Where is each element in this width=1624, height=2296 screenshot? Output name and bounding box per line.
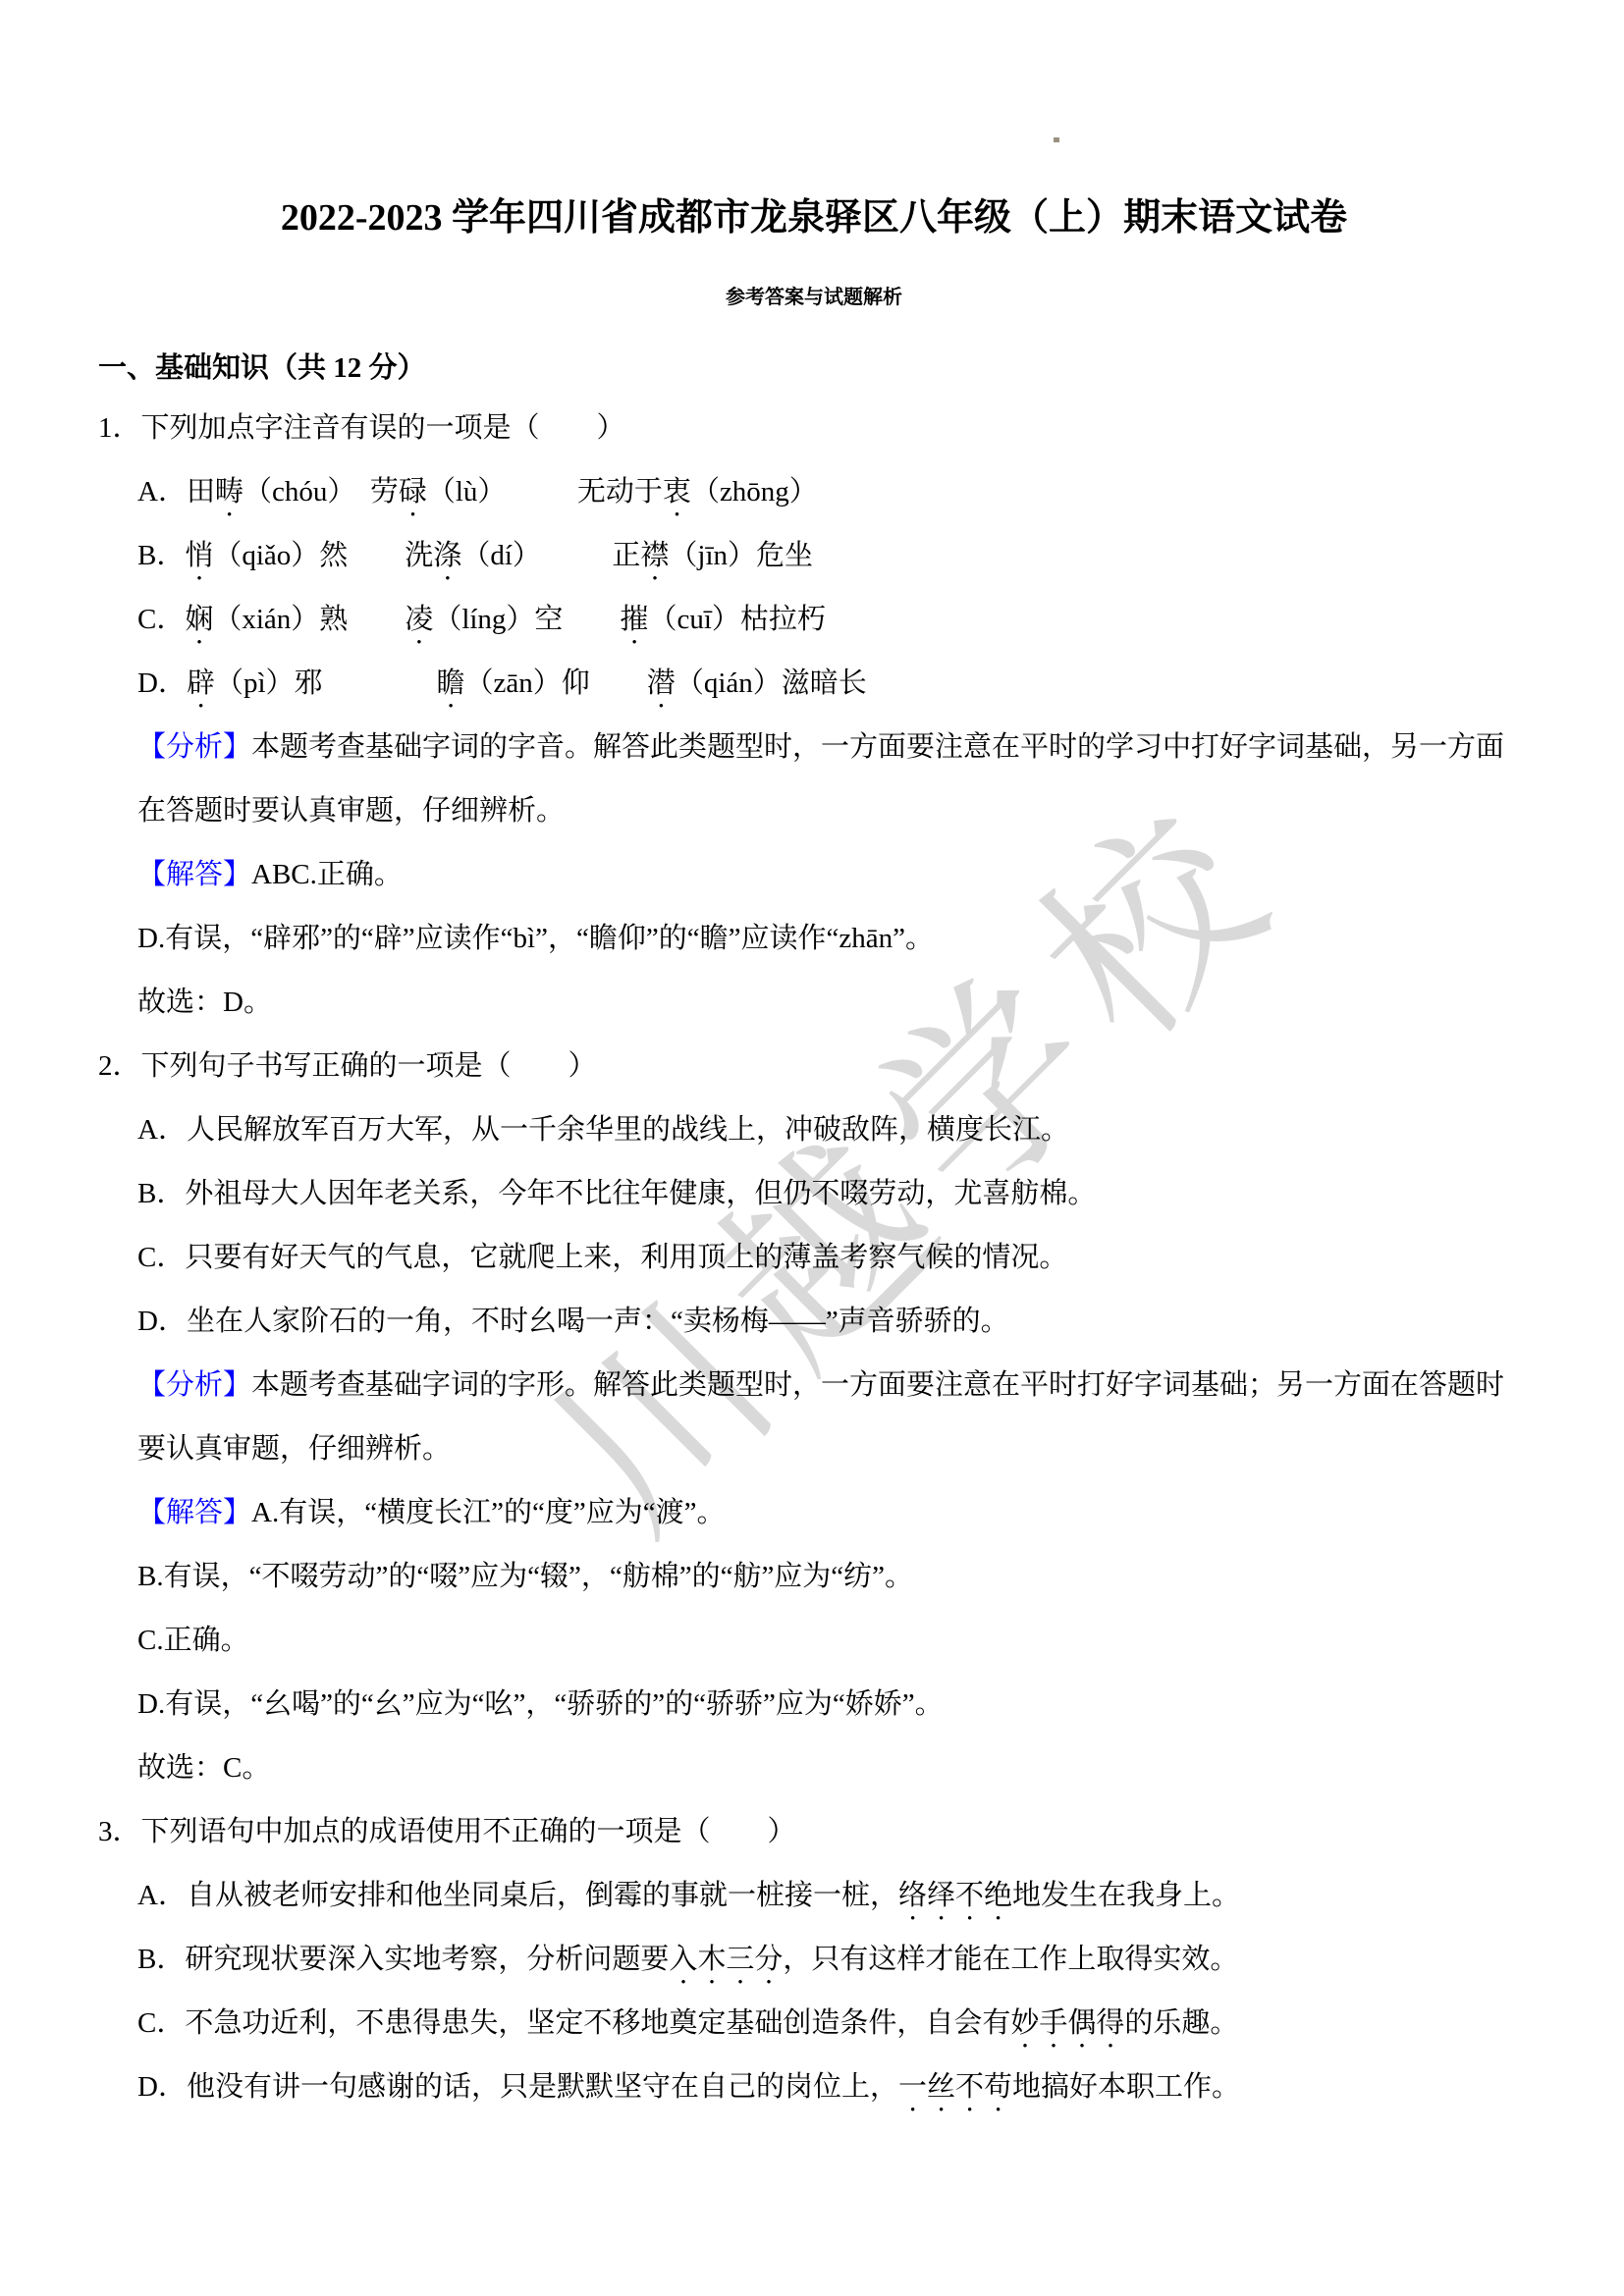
question-1: 1．下列加点字注音有误的一项是（ ） A．田畴（chóu） 劳碌（lù） 无动于…: [98, 397, 1530, 1035]
question-3-stem: 3．下列语句中加点的成语使用不正确的一项是（ ）: [98, 1800, 1530, 1864]
answer-label: 【解答】: [137, 1497, 251, 1528]
analysis-text: 本题考查基础字词的字音。解答此类题型时，一方面要注意在平时的学习中打好字词基础，…: [137, 731, 1504, 827]
question-2-answer-line: D.有误，“幺喝”的“幺”应为“吆”，“骄骄的”的“骄骄”应为“娇娇”。: [137, 1673, 1530, 1736]
analysis-text: 本题考查基础字词的字形。解答此类题型时，一方面要注意在平时打好字词基础；另一方面…: [137, 1369, 1504, 1465]
question-2: 2．下列句子书写正确的一项是（ ） A．人民解放军百万大军，从一千余华里的战线上…: [98, 1035, 1530, 1800]
question-3-option-a: A．自从被老师安排和他坐同桌后，倒霉的事就一桩接一桩，络绎不绝地发生在我身上。: [137, 1864, 1530, 1928]
question-2-option-d: D．坐在人家阶石的一角，不时幺喝一声：“卖杨梅——”声音骄骄的。: [137, 1290, 1530, 1354]
page-subtitle: 参考答案与试题解析: [98, 285, 1530, 310]
page-content: 2022-2023 学年四川省成都市龙泉驿区八年级（上）期末语文试卷 参考答案与…: [0, 0, 1624, 2119]
answer-line: A.有误，“横度长江”的“度”应为“渡”。: [251, 1497, 725, 1528]
question-2-option-a: A．人民解放军百万大军，从一千余华里的战线上，冲破敌阵，横度长江。: [137, 1098, 1530, 1162]
question-2-analysis: 【分析】本题考查基础字词的字形。解答此类题型时，一方面要注意在平时打好字词基础；…: [137, 1354, 1530, 1481]
question-2-answer-line: C.正确。: [137, 1609, 1530, 1673]
question-1-answer: 【解答】ABC.正确。: [137, 843, 1530, 907]
question-2-answer-conclusion: 故选：C。: [137, 1736, 1530, 1800]
question-2-option-b: B．外祖母大人因年老关系，今年不比往年健康，但仍不啜劳动，尤喜舫棉。: [137, 1162, 1530, 1226]
question-1-stem: 1．下列加点字注音有误的一项是（ ）: [98, 397, 1530, 460]
question-1-option-a: A．田畴（chóu） 劳碌（lù） 无动于衷（zhōng）: [137, 460, 1530, 524]
question-1-analysis: 【分析】本题考查基础字词的字音。解答此类题型时，一方面要注意在平时的学习中打好字…: [137, 716, 1530, 843]
page-title: 2022-2023 学年四川省成都市龙泉驿区八年级（上）期末语文试卷: [98, 192, 1530, 243]
question-1-option-d: D．辟（pì）邪 瞻（zān）仰 潜（qián）滋暗长: [137, 652, 1530, 716]
question-3-option-c: C．不急功近利，不患得患失，坚定不移地奠定基础创造条件，自会有妙手偶得的乐趣。: [137, 1992, 1530, 2056]
question-1-answer-conclusion: 故选：D。: [137, 971, 1530, 1035]
question-3: 3．下列语句中加点的成语使用不正确的一项是（ ） A．自从被老师安排和他坐同桌后…: [98, 1800, 1530, 2119]
question-3-option-b: B．研究现状要深入实地考察，分析问题要入木三分，只有这样才能在工作上取得实效。: [137, 1928, 1530, 1992]
analysis-label: 【分析】: [137, 1369, 251, 1401]
question-1-option-b: B．悄（qiǎo）然 洗涤（dí） 正襟（jīn）危坐: [137, 524, 1530, 588]
question-1-option-c: C．娴（xián）熟 凌（líng）空 摧（cuī）枯拉朽: [137, 588, 1530, 652]
question-3-option-d: D．他没有讲一句感谢的话，只是默默坚守在自己的岗位上，一丝不苟地搞好本职工作。: [137, 2056, 1530, 2119]
question-2-answer-line: B.有误，“不啜劳动”的“啜”应为“辍”，“舫棉”的“舫”应为“纺”。: [137, 1545, 1530, 1609]
question-2-stem: 2．下列句子书写正确的一项是（ ）: [98, 1035, 1530, 1098]
question-2-option-c: C．只要有好天气的气息，它就爬上来，利用顶上的薄盖考察气候的情况。: [137, 1226, 1530, 1290]
questions-area: 1．下列加点字注音有误的一项是（ ） A．田畴（chóu） 劳碌（lù） 无动于…: [98, 397, 1530, 2119]
answer-label: 【解答】: [137, 859, 251, 890]
answer-line: ABC.正确。: [251, 859, 403, 890]
question-2-answer: 【解答】A.有误，“横度长江”的“度”应为“渡”。: [137, 1481, 1530, 1545]
exam-page: 川越学校 2022-2023 学年四川省成都市龙泉驿区八年级（上）期末语文试卷 …: [0, 0, 1624, 2119]
section-header: 一、基础知识（共 12 分）: [98, 347, 1530, 389]
analysis-label: 【分析】: [137, 731, 251, 763]
question-1-answer-line: D.有误，“辟邪”的“辟”应读作“bì”，“瞻仰”的“瞻”应读作“zhān”。: [137, 907, 1530, 971]
